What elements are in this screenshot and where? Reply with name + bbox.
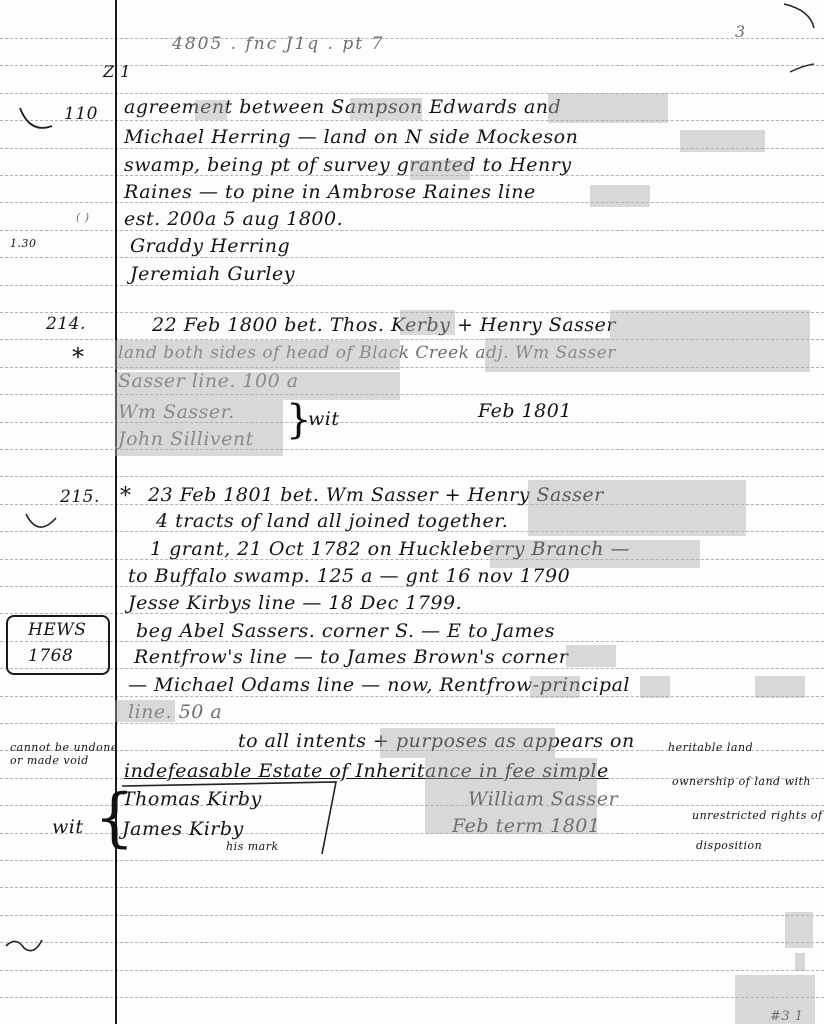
redaction-box <box>640 676 670 698</box>
redaction-box <box>410 160 470 180</box>
entry-line: 22 Feb 1800 bet. Thos. Kerby + Henry Sas… <box>152 316 616 335</box>
ruled-line <box>0 38 824 39</box>
redaction-box <box>755 676 805 698</box>
bottom-reference: #3 1 <box>770 1010 804 1023</box>
margin-note: ( ) <box>76 212 90 223</box>
ruled-line <box>0 120 824 121</box>
corner-mark-icon <box>780 0 824 80</box>
annotation: ownership of land with <box>672 776 811 787</box>
redaction-box <box>380 728 555 758</box>
redaction-box <box>680 130 765 152</box>
annotation: disposition <box>696 840 762 851</box>
redaction-box <box>548 93 668 123</box>
margin-note: 1.30 <box>10 238 37 249</box>
date-recorded: Feb 1801 <box>478 402 572 421</box>
ledger-page: 4805 . fnc J1q . pt 7 3 Z 1 110 agreemen… <box>0 0 824 1024</box>
entry-line: est. 200a 5 aug 1800. <box>124 210 343 229</box>
redaction-box <box>350 98 422 120</box>
redaction-box <box>590 185 650 207</box>
redaction-box <box>490 540 700 568</box>
star-icon: * <box>120 486 132 508</box>
star-icon: * <box>72 345 85 369</box>
redaction-box <box>485 338 810 372</box>
ruled-line <box>0 230 824 231</box>
wit-label: wit <box>52 818 83 837</box>
witness-name: Graddy Herring <box>130 237 290 256</box>
redaction-box <box>195 100 227 120</box>
grantee-name: William Sasser <box>468 790 618 809</box>
ruled-line <box>0 476 824 477</box>
margin-note: cannot be undone or made void <box>10 742 120 767</box>
entry-line: agreement between Sampson Edwards and <box>124 98 561 117</box>
redaction-box <box>795 953 805 971</box>
entry-line: swamp, being pt of survey granted to Hen… <box>124 156 572 175</box>
page-number: 3 <box>735 24 746 40</box>
entry-line: Jesse Kirbys line — 18 Dec 1799. <box>128 594 462 613</box>
entry-line: 4 tracts of land all joined together. <box>156 512 508 531</box>
margin-bracket-icon <box>16 104 60 144</box>
entry-number: 214. <box>46 316 86 333</box>
box-note: HEWS <box>28 622 86 639</box>
ruled-line <box>0 723 824 724</box>
entry-line: Rentfrow's line — to James Brown's corne… <box>134 648 568 667</box>
redaction-box <box>400 310 455 335</box>
header-reference: 4805 . fnc J1q . pt 7 <box>172 36 384 53</box>
witness-name: Jeremiah Gurley <box>130 265 295 284</box>
margin-line <box>115 0 117 1024</box>
redaction-box <box>610 310 810 338</box>
redaction-box <box>115 340 400 370</box>
ruled-line <box>0 915 824 916</box>
header-mark: Z 1 <box>103 64 131 80</box>
ruled-line <box>0 997 824 998</box>
redaction-box <box>530 676 580 698</box>
ruled-line <box>0 970 824 971</box>
redaction-box <box>115 400 283 456</box>
box-note: 1768 <box>28 648 73 665</box>
redaction-box <box>528 480 746 536</box>
ruled-line <box>0 285 824 286</box>
ruled-line <box>0 696 824 697</box>
margin-bracket-icon <box>22 510 62 540</box>
ruled-line <box>0 887 824 888</box>
entry-line: beg Abel Sassers. corner S. — E to James <box>136 622 555 641</box>
entry-line: Michael Herring — land on N side Mockeso… <box>124 128 578 147</box>
redaction-box <box>115 372 400 400</box>
redaction-box <box>566 645 616 667</box>
wit-label: wit <box>308 410 339 429</box>
witness-box-lines <box>116 778 346 858</box>
court-term: Feb term 1801 <box>452 817 600 836</box>
annotation: unrestricted rights of <box>692 810 823 821</box>
annotation: heritable land <box>668 742 753 753</box>
redaction-box <box>115 700 175 722</box>
margin-squiggle-icon <box>4 934 44 958</box>
entry-line: to Buffalo swamp. 125 a — gnt 16 nov 179… <box>128 567 570 586</box>
ruled-line <box>0 257 824 258</box>
entry-number: 110 <box>64 106 98 123</box>
ruled-line <box>0 668 824 669</box>
entry-line: Raines — to pine in Ambrose Raines line <box>124 183 536 202</box>
ruled-line <box>0 942 824 943</box>
redaction-box <box>785 912 813 948</box>
ruled-line <box>0 860 824 861</box>
ruled-line <box>0 93 824 94</box>
entry-number: 215. <box>60 489 100 506</box>
